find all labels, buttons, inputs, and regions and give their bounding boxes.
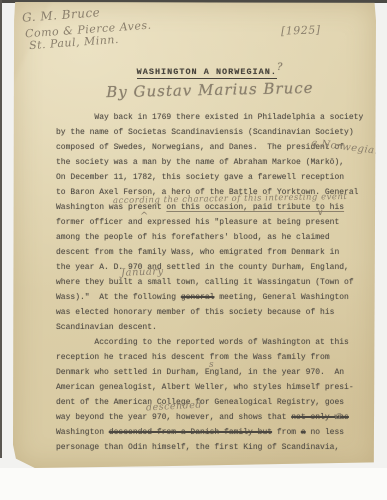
insertion-a: a: [335, 409, 342, 422]
typed-text: Washington: [56, 428, 109, 437]
manuscript-photo: WASHINGTON A NORWEGIAN.? By Gustav Mariu…: [0, 0, 387, 500]
correction-s: s: [209, 360, 214, 370]
photo-background: [0, 468, 387, 500]
typed-text: the year A. D. 970 and settled in the co…: [56, 263, 349, 272]
typed-text: reception he traced his descent from the…: [56, 353, 330, 362]
typed-line: was elected honorary member of this soci…: [56, 305, 364, 320]
typed-line: descent from the family Wass, who emigra…: [56, 245, 364, 260]
typed-text: Denmark who settled in Durham, England, …: [56, 368, 344, 377]
typed-text: descent from the family Wass, who emigra…: [56, 248, 339, 257]
typed-text: among the people of his forefathers' blo…: [56, 233, 330, 242]
typed-line: among the people of his forefathers' blo…: [56, 230, 364, 245]
typed-text-area: WASHINGTON A NORWEGIAN.? By Gustav Mariu…: [56, 64, 364, 455]
typed-line: where they built a small town, calling i…: [56, 275, 364, 290]
typed-line: Scandinavian descent.: [56, 320, 364, 335]
typed-line: personage than Odin himself, the first K…: [56, 440, 364, 455]
caret-mark: ^: [140, 211, 149, 222]
typed-line: way beyond the year 970, however, and sh…: [56, 410, 364, 425]
typed-text: Wass)." At the following: [56, 293, 181, 302]
typed-text: According to the reported words of Washi…: [56, 338, 349, 347]
typed-text: where they built a small town, calling i…: [56, 278, 354, 287]
typed-text: Way back in 1769 there existed in Philad…: [56, 113, 363, 122]
typed-line: dent of the American College for Genealo…: [56, 395, 364, 410]
insert-mark: ∨: [317, 208, 324, 218]
typed-text: On December 11, 1782, this society gave …: [56, 173, 344, 182]
typed-text: composed of Swedes, Norwegians, and Dane…: [56, 143, 344, 152]
typed-line: According to the reported words of Washi…: [56, 335, 364, 350]
typed-text: American genealogist, Albert Weller, who…: [56, 383, 354, 392]
page-title-text: WASHINGTON A NORWEGIAN.: [137, 67, 277, 79]
typed-line: On December 11, 1782, this society gave …: [56, 170, 364, 185]
page-title: WASHINGTON A NORWEGIAN.?: [56, 64, 364, 80]
typed-text: way beyond the year 970, however, and sh…: [56, 413, 291, 422]
typed-text: former officer and expressed his "pleasu…: [56, 218, 339, 227]
typed-line: Way back in 1769 there existed in Philad…: [56, 110, 364, 125]
typed-text: personage than Odin himself, the first K…: [56, 443, 339, 452]
typed-text: was elected honorary member of this soci…: [56, 308, 334, 317]
handwritten-byline: By Gustav Marius Bruce: [56, 80, 364, 108]
correction-january: January: [121, 266, 164, 278]
typed-line: Wass)." At the following general meeting…: [56, 290, 364, 305]
year-mark: [1925]: [281, 23, 321, 37]
struck-text: general: [181, 293, 215, 302]
typed-text: no less: [306, 428, 344, 437]
typed-line: the year A. D. 970 and settled in the co…: [56, 260, 364, 275]
typed-text: meeting, General Washington: [214, 293, 348, 302]
struck-text: descended from a Danish family but: [109, 428, 272, 437]
photo-left-edge: [0, 0, 2, 458]
address-line-1: G. M. Bruce: [22, 5, 101, 24]
typed-line: Washington descended from a Danish famil…: [56, 425, 364, 440]
typed-text: the society was a man by the name of Abr…: [56, 158, 344, 167]
manuscript-page: WASHINGTON A NORWEGIAN.? By Gustav Mariu…: [13, 2, 376, 468]
typed-text: by the name of Societas Scandinaviensis …: [56, 128, 354, 137]
typed-text: from: [272, 428, 301, 437]
typed-line: the society was a man by the name of Abr…: [56, 155, 364, 170]
typed-line: American genealogist, Albert Weller, who…: [56, 380, 364, 395]
typed-body: Way back in 1769 there existed in Philad…: [56, 110, 364, 455]
typed-text: Scandinavian descent.: [56, 323, 157, 332]
handwritten-question-mark: ?: [277, 62, 283, 73]
